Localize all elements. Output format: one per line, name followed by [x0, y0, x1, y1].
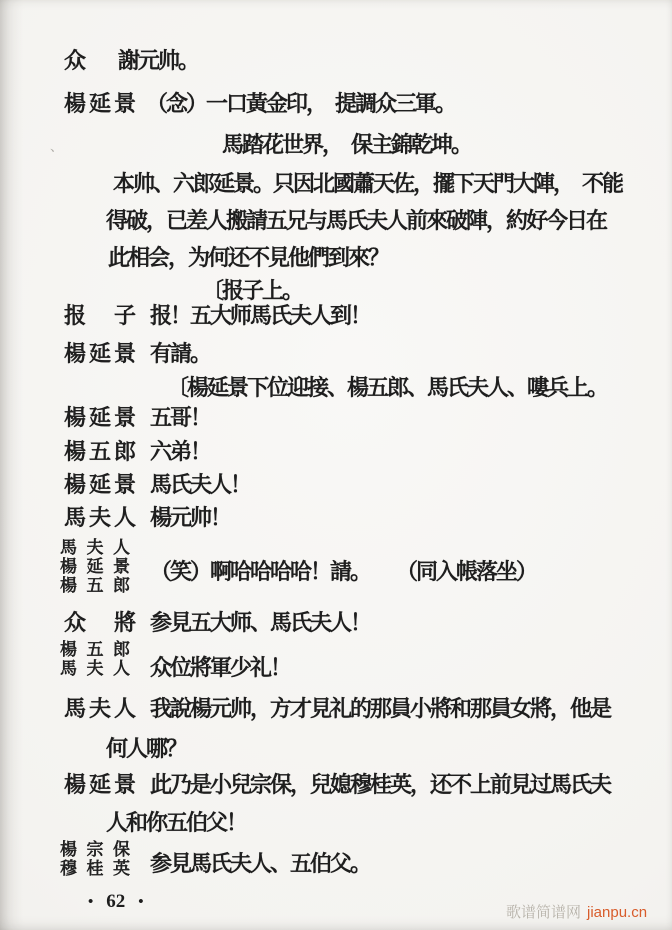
- speaker-group: 楊五郎 馬夫人: [60, 640, 130, 678]
- dialogue-text: 謝元帅。: [118, 47, 198, 74]
- page-number-dot-right: •: [138, 893, 143, 912]
- speaker-name: 楊延景: [64, 404, 136, 431]
- scan-artifact: 、: [50, 136, 63, 155]
- dialogue-text: 有請。: [150, 340, 210, 367]
- speaker-name: 穆桂英: [60, 859, 130, 878]
- dialogue-text: 我說楊元帅，方才見礼的那員小將和那員女將，他是: [150, 695, 610, 722]
- page-number-dot-left: •: [88, 893, 93, 912]
- speaker-name: 楊五郎: [64, 438, 136, 465]
- dialogue-text: 参見五大师、馬氏夫人！: [150, 609, 370, 636]
- stage-direction: 〔楊延景下位迎接、楊五郎、馬氏夫人、嘍兵上。: [167, 374, 607, 401]
- speaker-name: 馬夫人: [60, 659, 130, 678]
- dialogue-continuation: 本帅、六郎延景。只因北國蕭天佐，擺下天門大陣， 不能: [113, 170, 622, 197]
- speaker-name: 楊延景: [64, 340, 136, 367]
- speaker-name: 馬夫人: [60, 538, 130, 557]
- dialogue-continuation: 此相会，为何还不見他們到來？: [108, 244, 388, 271]
- dialogue-text: 馬氏夫人！: [150, 471, 250, 498]
- dialogue-text: 众位將軍少礼！: [150, 654, 290, 681]
- watermark: 歌谱简谱网jianpu.cn: [506, 901, 647, 922]
- speaker-group: 楊宗保 穆桂英: [60, 840, 130, 878]
- speaker-name: 楊延景: [60, 557, 130, 576]
- dialogue-text: 此乃是小兒宗保，兒媳穆桂英，还不上前見过馬氏夫: [150, 771, 610, 798]
- dialogue-text: 六弟！: [150, 438, 210, 465]
- speaker-group: 馬夫人 楊延景 楊五郎: [60, 538, 130, 595]
- dialogue-text: 报！五大师馬氏夫人到！: [150, 302, 370, 329]
- speaker-name: 楊五郎: [60, 640, 130, 659]
- page-number-value: 62: [106, 891, 125, 913]
- speaker-name: 楊延景: [64, 771, 136, 798]
- speaker-name: 楊延景: [64, 471, 136, 498]
- stage-direction: 〔报子上。: [202, 277, 302, 304]
- stage-note: （同入帳落坐）: [396, 559, 536, 584]
- dialogue-continuation: 得破，已差人搬請五兄与馬氏夫人前來破陣，約好今日在: [106, 207, 606, 234]
- speaker-name: 馬夫人: [64, 504, 136, 531]
- speaker-name: 众 將: [64, 609, 136, 636]
- watermark-site-name: 歌谱简谱网: [506, 904, 581, 921]
- dialogue-text: 楊元帅！: [150, 504, 230, 531]
- dialogue-continuation: 何人哪？: [106, 735, 186, 762]
- speaker-name: 馬夫人: [64, 695, 136, 722]
- speaker-name: 楊延景: [64, 90, 136, 117]
- dialogue-text: （念）一口黃金印， 提調众三軍。: [146, 90, 455, 117]
- speaker-name: 楊五郎: [60, 576, 130, 595]
- dialogue-line: （笑）啊哈哈哈哈！請。（同入帳落坐）: [150, 558, 536, 585]
- speaker-name: 楊宗保: [60, 840, 130, 859]
- speaker-name: 报 子: [64, 302, 136, 329]
- dialogue-text: 参見馬氏夫人、五伯父。: [150, 850, 370, 877]
- watermark-url: jianpu.cn: [587, 904, 647, 921]
- dialogue-continuation: 人和你五伯父！: [106, 809, 246, 836]
- dialogue-text: （笑）啊哈哈哈哈！請。: [150, 559, 370, 584]
- poem-line: 馬踏花世界， 保主錦乾坤。: [222, 131, 471, 158]
- dialogue-text: 五哥！: [150, 404, 210, 431]
- page-number: • 62 •: [88, 891, 144, 913]
- script-page: 众 謝元帅。 楊延景 （念）一口黃金印， 提調众三軍。 馬踏花世界， 保主錦乾坤…: [0, 0, 672, 930]
